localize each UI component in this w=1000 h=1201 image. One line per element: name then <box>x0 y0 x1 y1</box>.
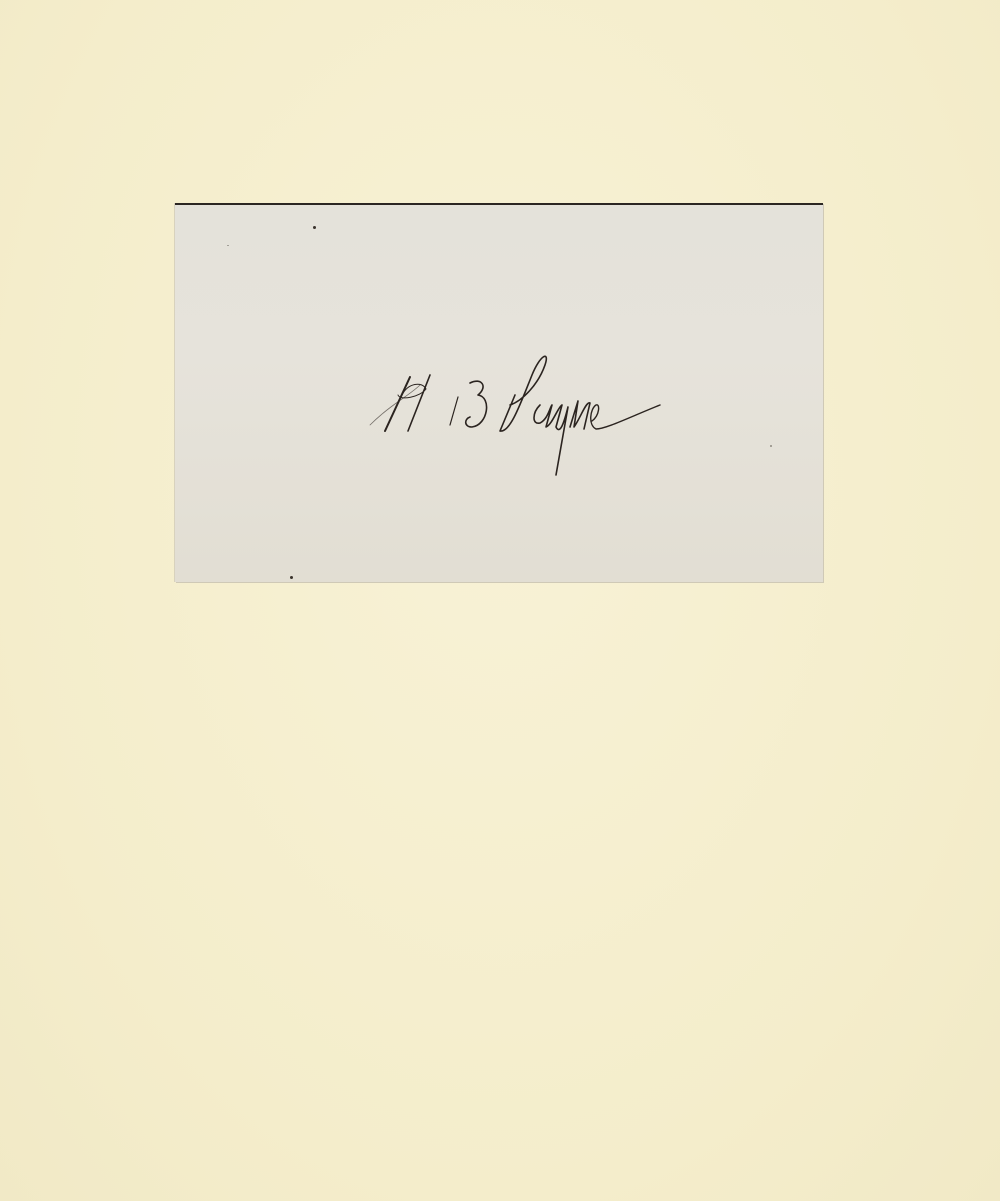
ink-speck <box>770 445 772 447</box>
signature-card: H B Payne <box>175 203 823 582</box>
ink-speck <box>313 226 316 229</box>
ink-speck <box>290 576 293 579</box>
mount-board: H B Payne <box>0 0 1000 1201</box>
handwritten-signature: H B Payne <box>360 335 700 485</box>
ink-speck <box>227 245 229 246</box>
